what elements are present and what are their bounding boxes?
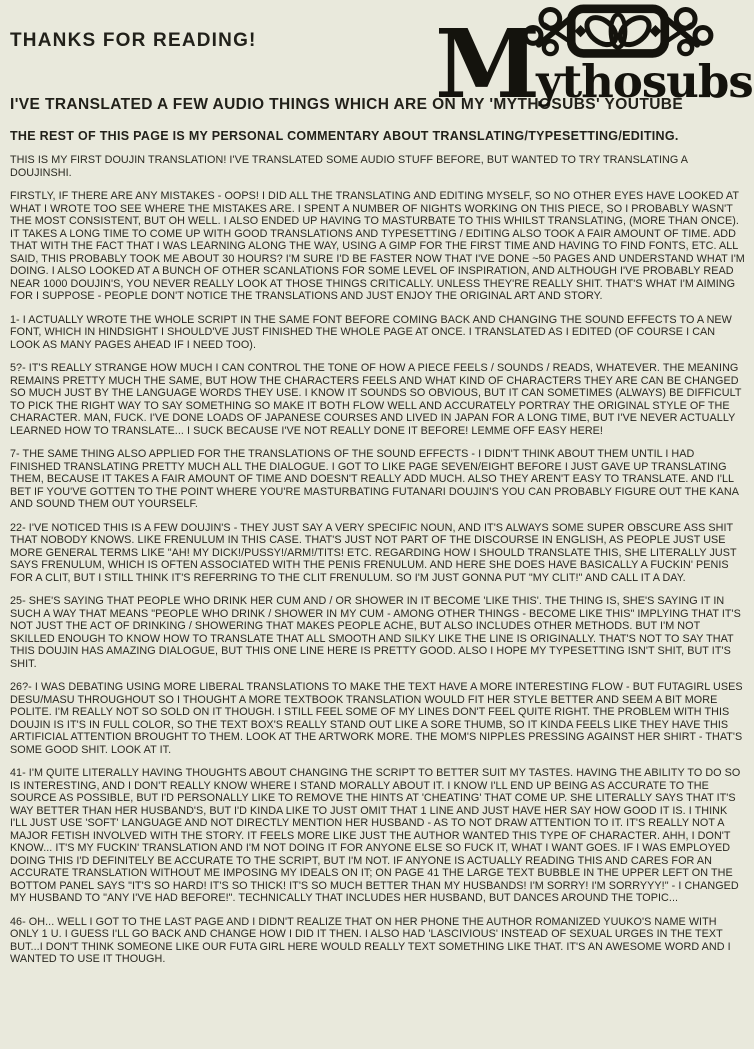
commentary-paragraph: THIS IS MY FIRST DOUJIN TRANSLATION! I'V… — [10, 154, 746, 179]
commentary-paragraph: 1- I ACTUALLY WROTE THE WHOLE SCRIPT IN … — [10, 314, 746, 352]
commentary-paragraph: 7- THE SAME THING ALSO APPLIED FOR THE T… — [10, 448, 746, 511]
translator-notes-page: THANKS FOR READING! Mythosubs I'VE TRANS… — [0, 0, 754, 1049]
commentary-paragraph: 46- OH... WELL I GOT TO THE LAST PAGE AN… — [10, 916, 746, 966]
commentary-paragraph: FIRSTLY, IF THERE ARE ANY MISTAKES - OOP… — [10, 190, 746, 303]
commentary-paragraph: 26?- I WAS DEBATING USING MORE LIBERAL T… — [10, 681, 746, 756]
mythosubs-logo: Mythosubs — [435, 2, 750, 106]
commentary-paragraph: 25- SHE'S SAYING THAT PEOPLE WHO DRINK H… — [10, 595, 746, 670]
commentary-paragraph: 41- I'M QUITE LITERALLY HAVING THOUGHTS … — [10, 767, 746, 905]
commentary-note-heading: THE REST OF THIS PAGE IS MY PERSONAL COM… — [10, 129, 746, 143]
commentary-body: THIS IS MY FIRST DOUJIN TRANSLATION! I'V… — [10, 154, 746, 966]
logo-wordmark: Mythosubs — [435, 17, 753, 112]
commentary-paragraph: 22- I'VE NOTICED THIS IS A FEW DOUJIN'S … — [10, 522, 746, 585]
commentary-paragraph: 5?- IT'S REALLY STRANGE HOW MUCH I CAN C… — [10, 362, 746, 437]
